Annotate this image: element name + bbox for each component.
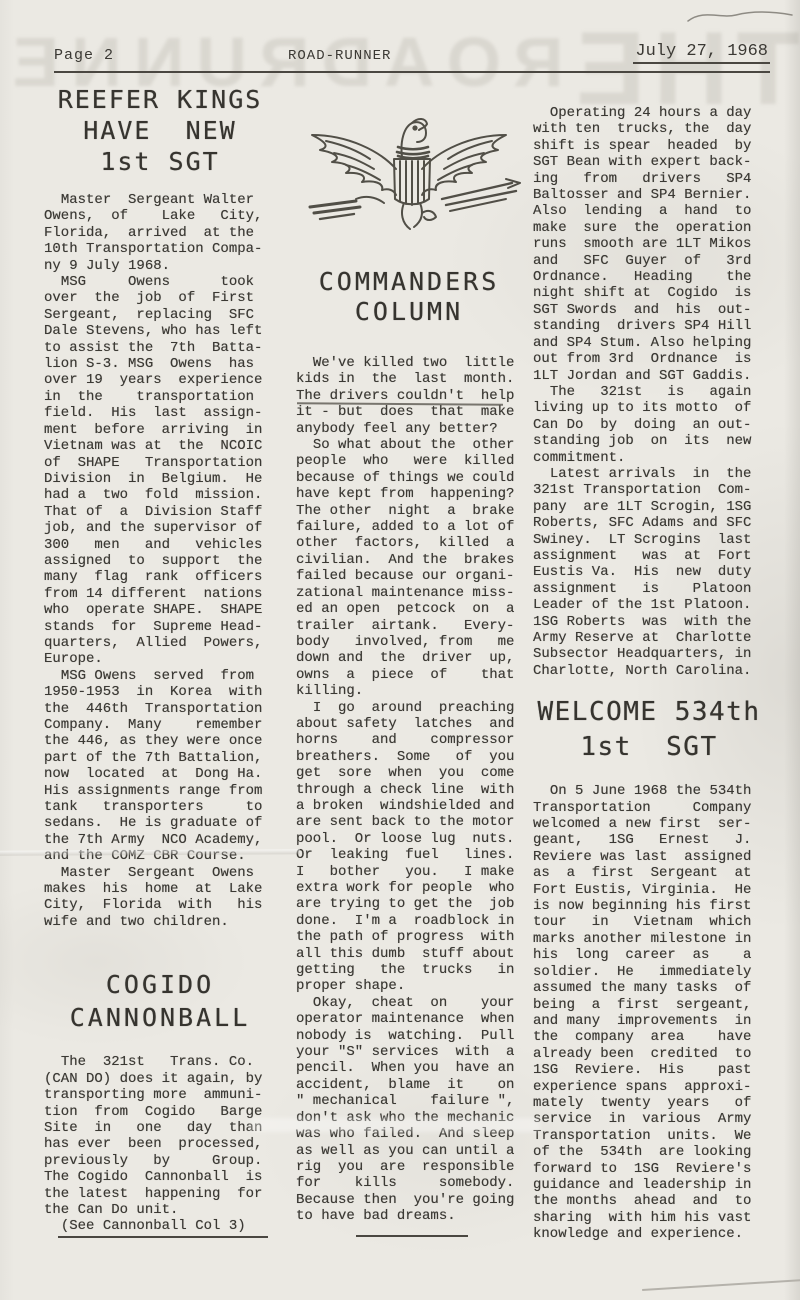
article-paragraph: The 321st Trans. Co. (CAN DO) does it ag… — [44, 1054, 276, 1234]
article-paragraph: Operating 24 hours a day with ten trucks… — [533, 105, 765, 384]
article-paragraph: So what about the other people who were … — [296, 437, 522, 700]
article-paragraph: Master Sergeant Walter Owens, of Lake Ci… — [44, 192, 276, 274]
article-paragraph: On 5 June 1968 the 534th Transportation … — [533, 783, 765, 1242]
article-paragraph: Master Sergeant Owens makes his home at … — [44, 865, 276, 931]
pen-scribble-mark — [686, 3, 796, 27]
article-paragraph: MSG Owens served from 1950-1953 in Korea… — [44, 668, 276, 865]
header-rule — [54, 71, 770, 73]
column-center: COMMANDERS COLUMN We've killed two littl… — [296, 95, 522, 1225]
issue-date: July 27, 1968 — [633, 42, 770, 64]
article-paragraph: The 321st is again living up to its mott… — [533, 384, 765, 466]
article-paragraph: We've killed two little kids in the last… — [296, 355, 522, 437]
page-corner-edge — [642, 1279, 800, 1291]
crease-mark — [250, 1118, 540, 1132]
newspaper-page: THE ROADRUNNER Page 2 ROAD-RUNNER July 2… — [0, 0, 800, 1300]
headline-cogido-cannonball: COGIDO CANNONBALL — [44, 968, 276, 1034]
article-paragraph: MSG Owens took over the job of First Ser… — [44, 274, 276, 668]
headline-commanders-column: COMMANDERS COLUMN — [296, 267, 522, 327]
article-paragraph: I go around preaching about safety latch… — [296, 700, 522, 995]
article-paragraph: Okay, cheat on your operator maintenance… — [296, 995, 522, 1225]
page-header: Page 2 ROAD-RUNNER July 27, 1968 — [54, 42, 770, 64]
column-left: REEFER KINGS HAVE NEW 1st SGT Master Ser… — [44, 84, 276, 1235]
page-number: Page 2 — [54, 47, 114, 64]
article-paragraph: Latest arrivals in the 321st Transportat… — [533, 466, 765, 679]
article-end-rule — [356, 1235, 468, 1237]
headline-reefer-kings: REEFER KINGS HAVE NEW 1st SGT — [44, 84, 276, 177]
eagle-emblem-illustration — [296, 95, 522, 255]
masthead-title: ROAD-RUNNER — [288, 48, 391, 64]
headline-welcome-534th: WELCOME 534th 1st SGT — [533, 695, 765, 765]
article-end-rule — [58, 1236, 268, 1238]
column-right: Operating 24 hours a day with ten trucks… — [533, 105, 765, 1243]
